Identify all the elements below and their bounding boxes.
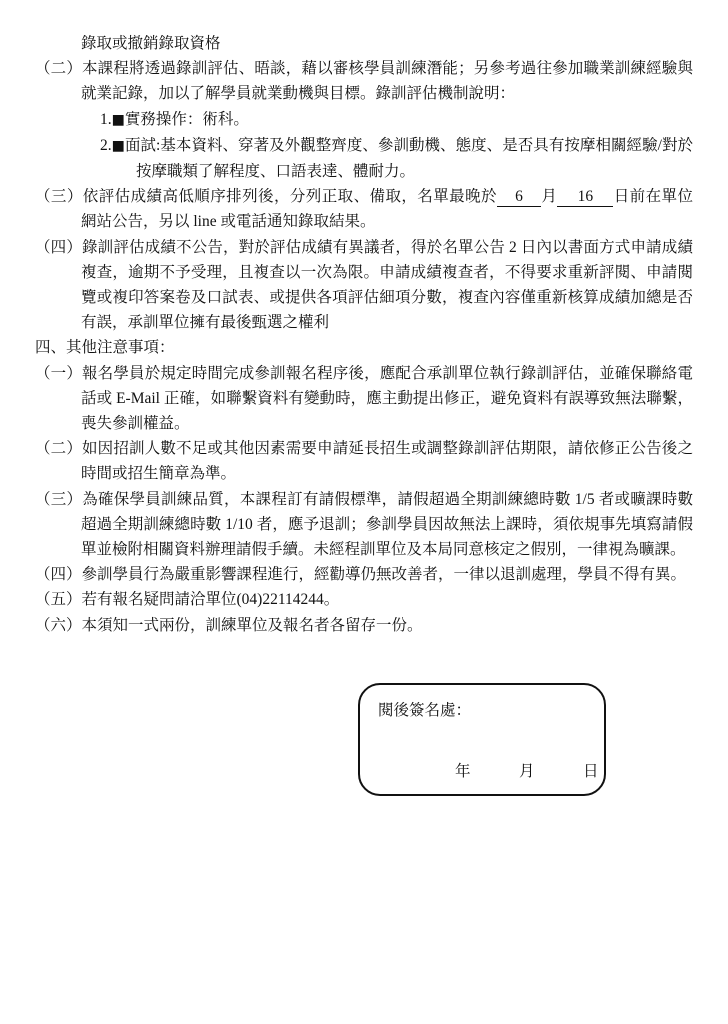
- section4-heading-text: 四、其他注意事項：: [35, 339, 175, 356]
- signature-box-label: 閱後簽名處：: [378, 698, 471, 723]
- sub-item-text: 面試:基本資料、穿著及外觀整齊度、參訓動機、態度、是否具有按摩相關經驗/對於按摩…: [125, 137, 693, 180]
- item-marker: （四）: [35, 566, 82, 583]
- document-page: 錄取或撤銷錄取資格 （二）本課程將透過錄訓評估、晤談，藉以審核學員訓練潛能；另參…: [0, 0, 728, 1024]
- recruit-sub-item-2: 2.■面試:基本資料、穿著及外觀整齊度、參訓動機、態度、是否具有按摩相關經驗/對…: [35, 133, 693, 184]
- item-text: 報名學員於規定時間完成參訓報名程序後，應配合承訓單位執行錄訓評估，並確保聯絡電話…: [81, 365, 693, 432]
- date-day-label: 日: [583, 759, 599, 784]
- signature-box: 閱後簽名處： 年 月 日: [358, 683, 606, 796]
- recruit-item-3: （三）依評估成績高低順序排列後，分列正取、備取，名單最晚於6月16日前在單位網站…: [35, 184, 693, 234]
- section4-item-6: （六）本須知一式兩份，訓練單位及報名者各留存一份。: [35, 613, 693, 638]
- item-text: 如因招訓人數不足或其他因素需要申請延長招生或調整錄訓評估期限，請依修正公告後之時…: [81, 440, 693, 482]
- section4-item-2: （二）如因招訓人數不足或其他因素需要申請延長招生或調整錄訓評估期限，請依修正公告…: [35, 436, 693, 486]
- item-marker: （五）: [35, 591, 82, 608]
- month-unit-label: 月: [541, 188, 557, 205]
- item-text-before-blank: 依評估成績高低順序排列後，分列正取、備取，名單最晚於: [83, 188, 497, 205]
- item-marker: （三）: [35, 188, 83, 205]
- redaction-square-icon: ■: [112, 138, 125, 154]
- item-text: 參訓學員行為嚴重影響課程進行，經勸導仍無改善者，一律以退訓處理，學員不得有異。: [82, 566, 687, 583]
- sub-item-marker: 1.: [100, 111, 112, 128]
- recruit-item-2: （二）本課程將透過錄訓評估、晤談，藉以審核學員訓練潛能；另參考過往參加職業訓練經…: [35, 56, 693, 106]
- sub-item-text: 實務操作：術科。: [125, 111, 249, 128]
- section4-heading: 四、其他注意事項：: [35, 335, 693, 360]
- item-marker: （六）: [35, 617, 82, 634]
- item-marker: （一）: [35, 365, 82, 382]
- recruit-sub-item-1: 1.■實務操作：術科。: [35, 107, 693, 133]
- redaction-square-icon: ■: [112, 112, 125, 128]
- date-month-label: 月: [519, 759, 535, 784]
- carryover-line: 錄取或撤銷錄取資格: [35, 31, 693, 56]
- item-marker: （二）: [35, 60, 82, 77]
- section4-item-5: （五）若有報名疑問請洽單位(04)22114244。: [35, 587, 693, 612]
- item-text: 錄訓評估成績不公告，對於評估成績有異議者，得於名單公告 2 日內以書面方式申請成…: [81, 239, 693, 332]
- document-body: 錄取或撤銷錄取資格 （二）本課程將透過錄訓評估、晤談，藉以審核學員訓練潛能；另參…: [35, 31, 693, 638]
- month-blank-value: 6: [497, 187, 541, 207]
- item-marker: （四）: [35, 239, 82, 256]
- sub-item-marker: 2.: [100, 137, 112, 154]
- section4-item-1: （一）報名學員於規定時間完成參訓報名程序後，應配合承訓單位執行錄訓評估，並確保聯…: [35, 361, 693, 437]
- item-marker: （三）: [35, 491, 82, 508]
- day-blank-value: 16: [557, 187, 613, 207]
- item-text: 本課程將透過錄訓評估、晤談，藉以審核學員訓練潛能；另參考過往參加職業訓練經驗與就…: [81, 60, 693, 102]
- recruit-item-4: （四）錄訓評估成績不公告，對於評估成績有異議者，得於名單公告 2 日內以書面方式…: [35, 235, 693, 336]
- carryover-text: 錄取或撤銷錄取資格: [81, 35, 221, 52]
- date-year-label: 年: [455, 759, 471, 784]
- item-text: 為確保學員訓練品質，本課程訂有請假標準，請假超過全期訓練總時數 1/5 者或曠課…: [81, 491, 693, 558]
- item-text: 本須知一式兩份，訓練單位及報名者各留存一份。: [82, 617, 423, 634]
- section4-item-3: （三）為確保學員訓練品質，本課程訂有請假標準，請假超過全期訓練總時數 1/5 者…: [35, 487, 693, 563]
- item-marker: （二）: [35, 440, 82, 457]
- section4-item-4: （四）參訓學員行為嚴重影響課程進行，經勸導仍無改善者，一律以退訓處理，學員不得有…: [35, 562, 693, 587]
- item-text: 若有報名疑問請洽單位(04)22114244。: [82, 591, 340, 608]
